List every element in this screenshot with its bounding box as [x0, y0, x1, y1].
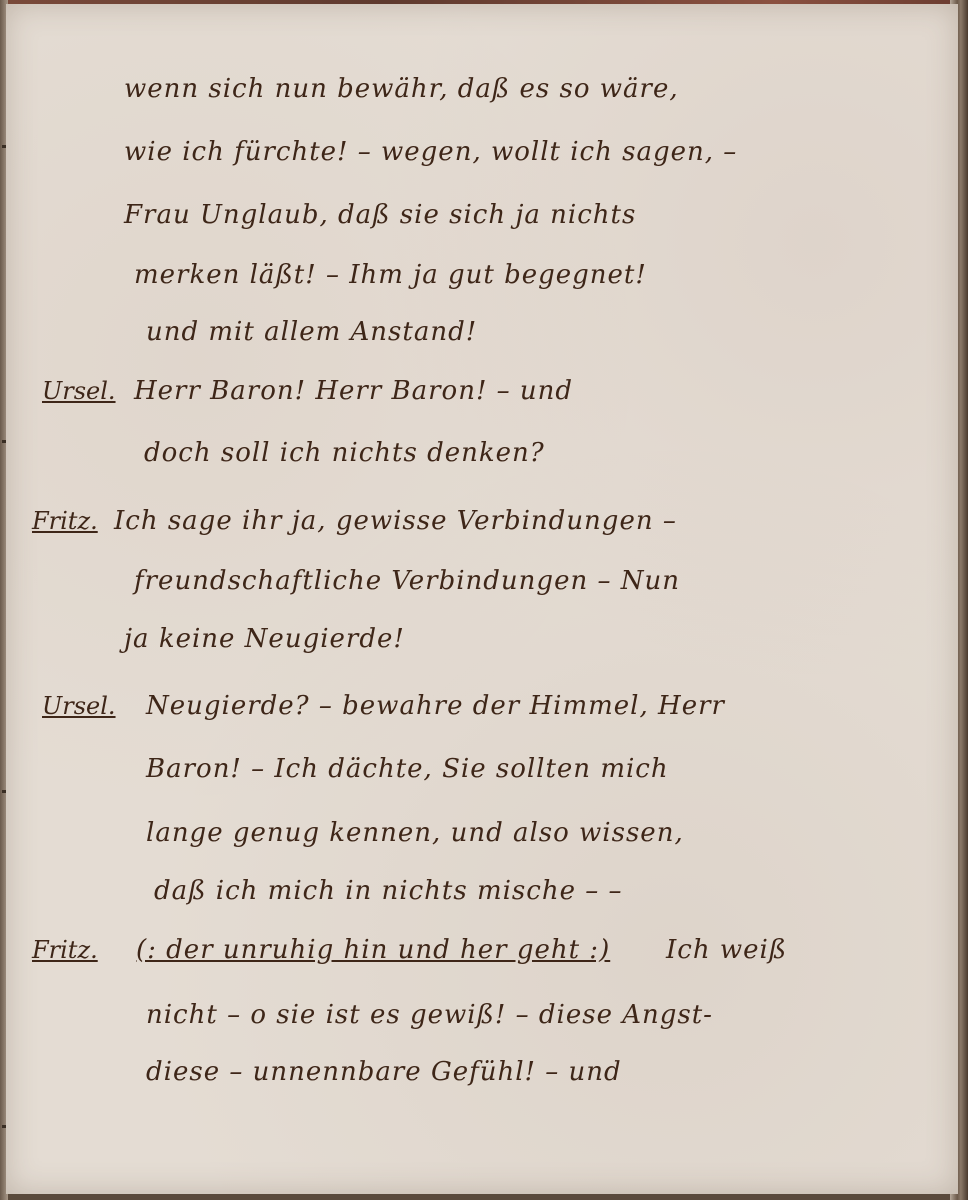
manuscript-line: ja keine Neugierde! [124, 624, 405, 654]
manuscript-line: daß ich mich in nichts mische – – [154, 876, 623, 906]
manuscript-line: Herr Baron! Herr Baron! – und [134, 376, 573, 406]
stage-direction: (: der unruhig hin und her geht :) [136, 935, 610, 965]
speaker-label: Ursel. [42, 377, 116, 405]
manuscript-line: diese – unnennbare Gefühl! – und [146, 1057, 622, 1087]
manuscript-line: Ich sage ihr ja, gewisse Verbindungen – [114, 506, 677, 536]
manuscript-line: doch soll ich nichts denken? [144, 438, 545, 468]
manuscript-line: lange genug kennen, und also wissen, [146, 818, 684, 848]
manuscript-line: merken läßt! – Ihm ja gut begegnet! [134, 260, 647, 290]
manuscript-line: Neugierde? – bewahre der Himmel, Herr [146, 691, 725, 721]
manuscript-line: und mit allem Anstand! [146, 317, 477, 347]
manuscript-line: wenn sich nun bewähr, daß es so wäre, [124, 74, 679, 104]
speaker-label: Ursel. [42, 692, 116, 720]
manuscript-line: Frau Unglaub, daß sie sich ja nichts [124, 200, 636, 230]
manuscript-page: wenn sich nun bewähr, daß es so wäre, wi… [6, 4, 958, 1194]
manuscript-line: nicht – o sie ist es gewiß! – diese Angs… [146, 1000, 713, 1030]
speaker-label: Fritz. [32, 507, 98, 535]
manuscript-line: wie ich fürchte! – wegen, wollt ich sage… [124, 137, 737, 167]
manuscript-line: Baron! – Ich dächte, Sie sollten mich [146, 754, 669, 784]
manuscript-line: Ich weiß [666, 935, 787, 965]
manuscript-line: freundschaftliche Verbindungen – Nun [134, 566, 680, 596]
speaker-label: Fritz. [32, 936, 98, 964]
